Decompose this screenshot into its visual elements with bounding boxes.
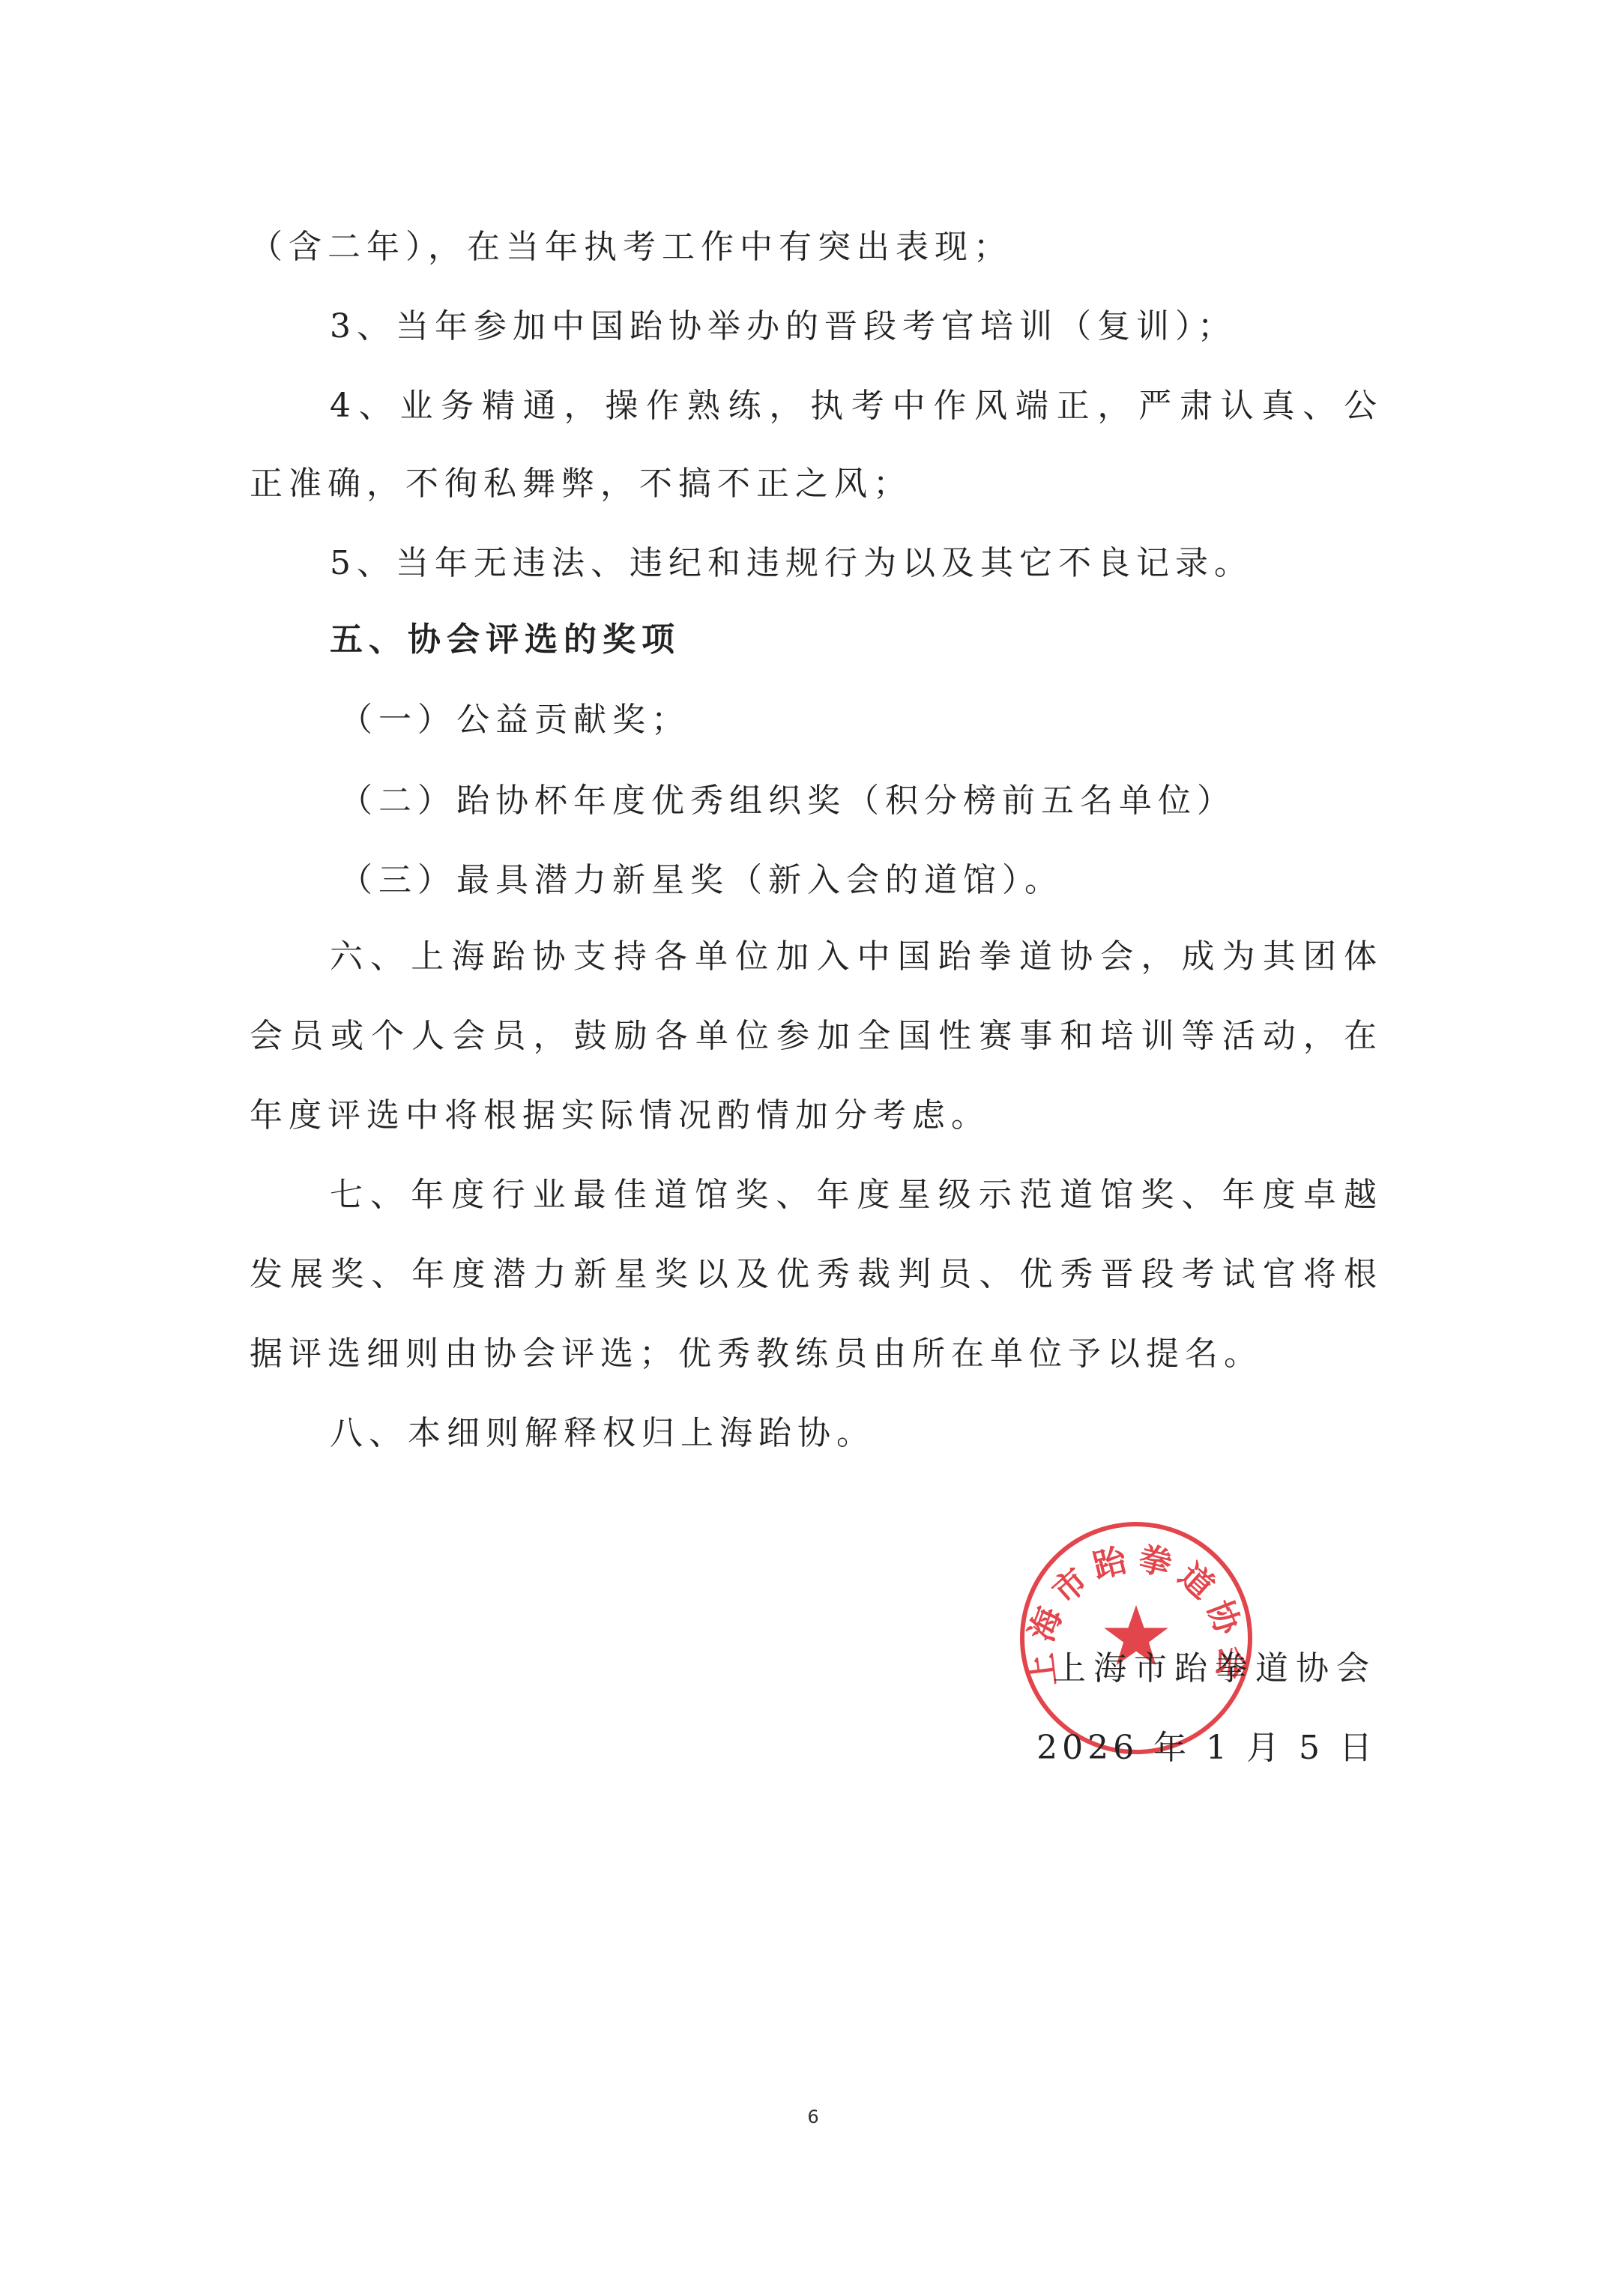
award-item-1: （一）公益贡献奖；	[250, 698, 1377, 743]
paragraph-6-line: 六、上海跆协支持各单位加入中国跆拳道协会，成为其团体	[250, 934, 1377, 979]
paragraph-6-line: 年度评选中将根据实际情况酌情加分考虑。	[250, 1093, 1377, 1138]
paragraph-line: （含二年），在当年执考工作中有突出表现；	[250, 225, 1377, 270]
paragraph-line: 正准确，不徇私舞弊，不搞不正之风；	[250, 462, 1377, 507]
page-number: 6	[802, 2106, 824, 2128]
list-item-3: 3、当年参加中国跆协举办的晋段考官培训（复训）；	[250, 304, 1377, 349]
document-page: （含二年），在当年执考工作中有突出表现； 3、当年参加中国跆协举办的晋段考官培训…	[0, 0, 1624, 2296]
signature-date: 2026 年 1 月 5 日	[1036, 1726, 1377, 1771]
paragraph-6-line: 会员或个人会员，鼓励各单位参加全国性赛事和培训等活动，在	[250, 1014, 1377, 1059]
paragraph-8-line: 八、本细则解释权归上海跆协。	[250, 1411, 1377, 1456]
award-item-2: （二）跆协杯年度优秀组织奖（积分榜前五名单位）	[250, 779, 1377, 824]
signature-organization: 上海市跆拳道协会	[1053, 1646, 1377, 1691]
award-item-3: （三）最具潜力新星奖（新入会的道馆）。	[250, 858, 1377, 903]
list-item-5: 5、当年无违法、违纪和违规行为以及其它不良记录。	[250, 541, 1377, 586]
official-seal-stamp: 上海市跆拳道协会	[1019, 1521, 1253, 1755]
paragraph-7-line: 据评选细则由协会评选；优秀教练员由所在单位予以提名。	[250, 1332, 1377, 1377]
paragraph-7-line: 发展奖、年度潜力新星奖以及优秀裁判员、优秀晋段考试官将根	[250, 1252, 1377, 1297]
section-heading: 五、协会评选的奖项	[250, 617, 1377, 662]
list-item-4: 4、业务精通，操作熟练，执考中作风端正，严肃认真、公	[250, 384, 1377, 429]
paragraph-7-line: 七、年度行业最佳道馆奖、年度星级示范道馆奖、年度卓越	[250, 1173, 1377, 1218]
